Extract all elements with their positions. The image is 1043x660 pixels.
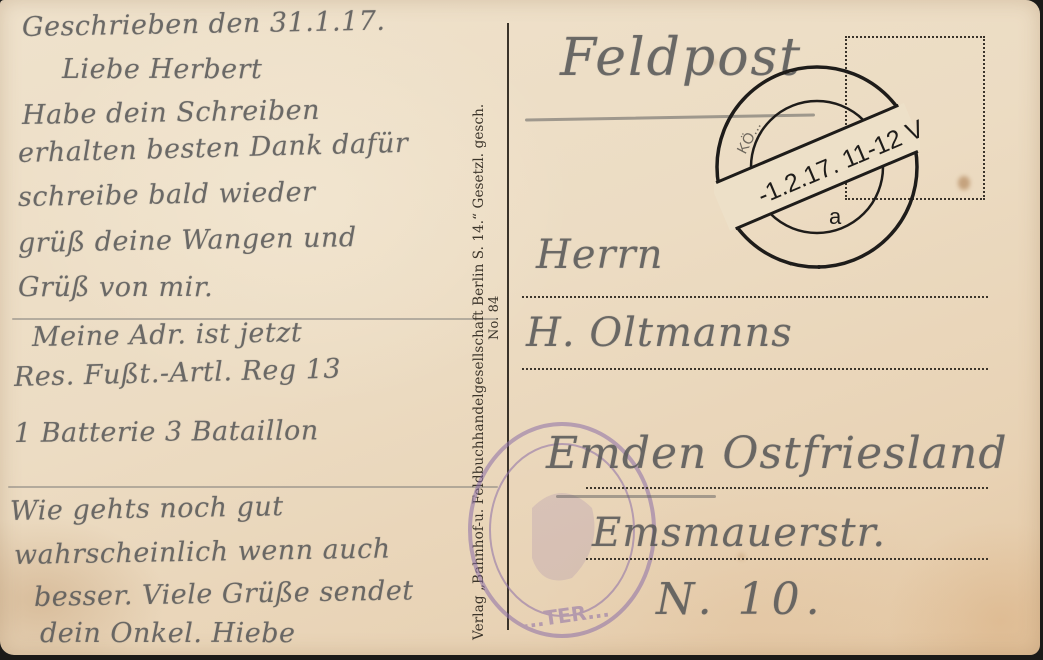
message-line: 1 Batterie 3 Bataillon	[14, 415, 319, 449]
city-underline	[556, 495, 716, 498]
message-line: schreibe bald wieder	[18, 177, 316, 213]
postmark-suffix: a	[829, 204, 842, 229]
postmark-icon: -1.2.17. 11-12 V a KÖ...	[714, 64, 920, 270]
address-number: N. 10.	[656, 574, 826, 625]
address-city: Emden Ostfriesland	[546, 428, 1008, 479]
message-line: erhalten besten Dank dafür	[18, 128, 409, 169]
message-line: Grüß von mir.	[18, 272, 213, 303]
message-line: Habe dein Schreiben	[22, 95, 321, 131]
address-line-1	[522, 296, 988, 298]
message-line: dein Onkel. Hiebe	[40, 618, 295, 649]
message-line: Geschrieben den 31.1.17.	[22, 6, 386, 43]
postcard: Geschrieben den 31.1.17. Liebe Herbert H…	[0, 0, 1040, 655]
postmark-town: KÖ...	[733, 118, 765, 157]
address-salutation: Herrn	[536, 232, 664, 278]
message-line: grüß deine Wangen und	[18, 222, 357, 259]
pencil-rule	[8, 486, 498, 488]
message-line: Meine Adr. ist jetzt	[32, 317, 303, 353]
address-line-4	[586, 558, 988, 560]
message-line: Liebe Herbert	[62, 54, 262, 85]
address-street: Emsmauerstr.	[592, 510, 886, 556]
card-number: No. 84	[486, 296, 504, 340]
address-line-3	[586, 487, 988, 489]
message-line: wahrscheinlich wenn auch	[14, 533, 391, 571]
address-line-2	[522, 368, 988, 370]
message-line: Wie gehts noch gut	[10, 491, 284, 527]
message-line: Res. Fußt.-Artl. Reg 13	[14, 353, 342, 393]
message-line: besser. Viele Grüße sendet	[34, 575, 414, 613]
address-name: H. Oltmanns	[526, 310, 793, 356]
